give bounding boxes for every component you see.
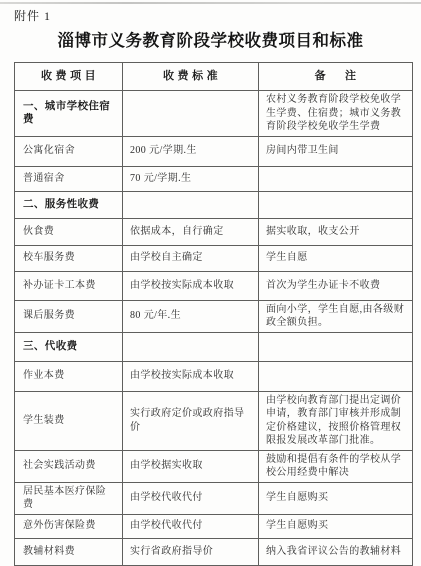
cell-remark: 学生自愿购买 [259,514,413,538]
table-row: 学生装费 实行政府定价或政府指导价 由学校向教育部门提出定调价申请，教育部门审核… [15,391,413,450]
table-row: 补办证卡工本费 由学校按实际成本收取 首次为学生办证卡不收费 [15,271,413,300]
cell-item: 校车服务费 [15,245,123,271]
cell-standard: 由学校代收代付 [123,514,259,538]
cell-standard: 实行政府定价或政府指导价 [123,391,259,450]
table-row: 意外伤害保险费 由学校代收代付 学生自愿购买 [15,514,413,538]
cell-item: 三、代收费 [15,332,123,361]
table-row: 伙食费 依据成本，自行确定 据实收取，收支公开 [15,218,413,245]
cell-remark: 首次为学生办证卡不收费 [259,271,413,300]
cell-standard: 由学校代收代付 [123,482,259,514]
table-row: 居民基本医疗保险费 由学校代收代付 学生自愿购买 [15,482,413,514]
cell-remark: 面向小学，学生自愿,由各级财政全额负担。 [259,300,413,332]
cell-remark [259,191,413,218]
table-header-row: 收 费 项 目 收 费 标 准 备 注 [15,63,413,91]
cell-item: 补办证卡工本费 [15,271,123,300]
cell-remark: 房间内带卫生间 [259,136,413,166]
cell-standard: 由学校按实际成本收取 [123,361,259,391]
cell-item: 伙食费 [15,218,123,245]
cell-standard: 依据成本，自行确定 [123,218,259,245]
table-row-section-2: 二、服务性收费 [15,191,413,218]
table-row: 教辅材料费 实行省政府指导价 纳入我省评议公告的教辅材料 [15,538,413,553]
table-row: 课后服务费 80 元/年.生 面向小学，学生自愿,由各级财政全额负担。 [15,300,413,332]
header-remark: 备 注 [259,63,413,91]
cell-standard: 由学校自主确定 [123,245,259,271]
page-title: 淄博市义务教育阶段学校收费项目和标准 [0,27,421,51]
table-row: 普通宿舍 70 元/学期.生 [15,166,413,191]
cell-remark: 鼓励和提倡有条件的学校从学校公用经费中解决 [259,450,413,482]
cell-remark [259,361,413,391]
cell-standard [123,91,259,137]
table-row: 作业本费 由学校按实际成本收取 [15,361,413,391]
cell-item: 二、服务性收费 [15,191,123,218]
cell-item: 作业本费 [15,361,123,391]
cell-standard: 70 元/学期.生 [123,166,259,191]
cell-item: 一、城市学校住宿费 [15,91,123,137]
cell-standard: 由学校据实收取 [123,450,259,482]
cell-item: 社会实践活动费 [15,450,123,482]
cell-item: 普通宿舍 [15,166,123,191]
cell-standard: 80 元/年.生 [123,300,259,332]
cell-remark: 学生自愿 [259,245,413,271]
header-fee-standard: 收 费 标 准 [123,63,259,91]
cell-remark: 据实收取，收支公开 [259,218,413,245]
cell-item: 公寓化宿舍 [15,136,123,166]
cell-standard: 由学校按实际成本收取 [123,271,259,300]
cell-item: 课后服务费 [15,300,123,332]
table-row: 校车服务费 由学校自主确定 学生自愿 [15,245,413,271]
table-row-section-1: 一、城市学校住宿费 农村义务教育阶段学校免收学生学费、住宿费；城市义务教育阶段学… [15,91,413,137]
cell-standard: 实行省政府指导价 [123,538,259,553]
table-row: 公寓化宿舍 200 元/学期.生 房间内带卫生间 [15,136,413,166]
cell-item: 居民基本医疗保险费 [15,482,123,514]
cell-remark: 纳入我省评议公告的教辅材料 [259,538,413,553]
cell-remark: 学生自愿购买 [259,482,413,514]
cell-standard: 200 元/学期.生 [123,136,259,166]
fee-table: 收 费 项 目 收 费 标 准 备 注 一、城市学校住宿费 农村义务教育阶段学校… [14,62,413,553]
cell-standard [123,332,259,361]
cell-remark [259,332,413,361]
cell-remark: 由学校向教育部门提出定调价申请，教育部门审核并形成制定价格建议，按照价格管理权限… [259,391,413,450]
table-row-section-3: 三、代收费 [15,332,413,361]
cell-item: 学生装费 [15,391,123,450]
cell-standard [123,191,259,218]
attachment-label: 附件 1 [14,7,51,24]
cell-remark: 农村义务教育阶段学校免收学生学费、住宿费；城市义务教育阶段学校免收学生学费 [259,91,413,137]
scan-edge-line [0,2,421,4]
header-fee-item: 收 费 项 目 [15,63,123,91]
table-row: 社会实践活动费 由学校据实收取 鼓励和提倡有条件的学校从学校公用经费中解决 [15,450,413,482]
cell-item: 意外伤害保险费 [15,514,123,538]
cell-remark [259,166,413,191]
cell-item: 教辅材料费 [15,538,123,553]
